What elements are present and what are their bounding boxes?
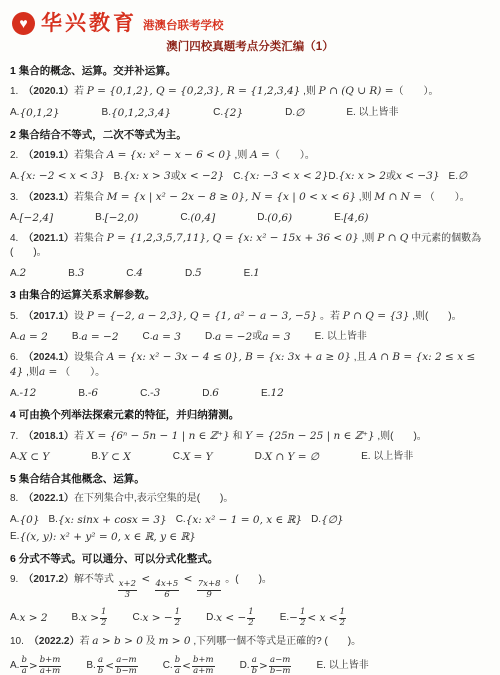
text-segment: C. xyxy=(173,450,183,464)
fraction: 4x+56 xyxy=(155,580,180,601)
fraction-denominator: 2 xyxy=(174,619,181,629)
text-segment: A = {x: x² − x − 6 < 0} xyxy=(107,149,232,161)
option-item: C. -3 xyxy=(140,386,160,400)
text-segment: ,则( )。 xyxy=(375,431,427,442)
text-segment: 或 xyxy=(171,170,181,184)
text-segment: {x: −3 < x < 2} xyxy=(243,169,328,183)
text-segment: x < −2} xyxy=(181,169,225,183)
option-item: B. ab < a−mb−m xyxy=(86,656,138,675)
text-segment: 若集合 xyxy=(74,233,107,244)
section-heading-6: 6 分式不等式。可以通分、可以分式化整式。 xyxy=(10,552,490,566)
text-segment: A. xyxy=(10,211,19,225)
option-item: E. 以上皆非 xyxy=(361,450,413,464)
fraction: 12 xyxy=(339,608,346,629)
text-segment: X ∩ Y = ∅ xyxy=(265,450,320,464)
fraction-denominator: 9 xyxy=(205,591,212,601)
text-segment: 若集合 xyxy=(74,150,107,161)
text-segment: 9. xyxy=(10,574,28,585)
fraction-numerator: a xyxy=(97,656,104,667)
text-segment: B. xyxy=(78,387,87,401)
text-segment: ,则 xyxy=(359,233,377,244)
options-row: A. {x: −2 < x < 3}B. {x: x > 3 或 x < −2}… xyxy=(10,169,490,183)
question-stem: 3. （2023.1）若集合 M = {x | x² − 2x − 8 ≥ 0}… xyxy=(10,190,490,205)
fraction-denominator: a xyxy=(21,667,28,675)
text-segment: 及 xyxy=(143,636,159,647)
text-segment: 若 xyxy=(80,636,93,647)
text-segment: C. xyxy=(163,659,173,673)
text-segment: （2019.1） xyxy=(28,150,74,161)
option-item: B. 3 xyxy=(68,266,84,280)
fraction-numerator: a−m xyxy=(115,656,137,667)
option-item: E. 12 xyxy=(261,386,284,400)
text-segment: {(x, y): x² + y² = 0, x ∈ ℝ, y ∈ ℝ} xyxy=(19,530,195,544)
text-segment: D. xyxy=(185,267,195,281)
text-segment: M = {x | x² − 2x − 8 ≥ 0}, N = {x | 0 < … xyxy=(107,191,356,203)
text-segment: 2. xyxy=(10,150,28,161)
fraction: b+ma+m xyxy=(39,656,62,675)
text-segment: {x: x² − 1 = 0, x ∈ ℝ} xyxy=(186,513,302,527)
text-segment: 2 xyxy=(19,266,26,280)
option-item: A. a = 2 xyxy=(10,330,48,344)
text-segment: {0} xyxy=(19,513,39,527)
text-segment: 1 xyxy=(253,266,260,280)
text-segment: {x: x > 2 xyxy=(338,169,386,183)
fraction-numerator: 1 xyxy=(174,608,181,619)
text-segment: < xyxy=(105,659,114,673)
text-segment: A. xyxy=(10,330,19,344)
text-segment: ,下列哪一個不等式是正確的? ( )。 xyxy=(191,636,362,647)
fraction-numerator: b+m xyxy=(192,656,215,667)
option-item: E. 以上皆非 xyxy=(316,659,368,673)
text-segment: B. xyxy=(95,211,104,225)
text-segment: < xyxy=(180,573,195,585)
text-segment: （2017.1） xyxy=(28,311,74,322)
text-segment: [−2,4] xyxy=(19,211,53,225)
text-segment: X = Y xyxy=(183,450,213,464)
fraction: ab xyxy=(251,656,258,675)
option-item: D. x < −12 xyxy=(206,608,256,629)
text-segment: E. xyxy=(244,267,253,281)
text-segment: （2024.1） xyxy=(28,352,74,363)
text-segment: （ ）。 xyxy=(57,367,105,378)
text-segment: ,则 xyxy=(232,150,250,161)
fraction-denominator: 2 xyxy=(339,619,346,629)
fraction-numerator: 1 xyxy=(339,608,346,619)
option-item: D. ab > a−mb−m xyxy=(240,656,293,675)
text-segment: B. xyxy=(86,659,95,673)
option-item: E. [4,6) xyxy=(334,211,368,225)
text-segment: P = {−2, a − 2,3}, Q = {1, a² − a − 3, −… xyxy=(87,310,317,322)
fraction-denominator: b−m xyxy=(115,667,138,675)
text-segment: > xyxy=(29,659,38,673)
options-row: A. {0}B. {x: sinx + cosx = 3}C. {x: x² −… xyxy=(10,513,490,544)
text-segment: E. xyxy=(334,211,343,225)
text-segment: D. xyxy=(205,330,215,344)
text-segment: ∅ xyxy=(458,169,467,183)
text-segment: B. xyxy=(72,611,81,625)
text-segment: （2020.1） xyxy=(28,86,74,97)
text-segment: 设集合 xyxy=(74,352,107,363)
text-segment: a = 3 xyxy=(153,330,181,344)
text-segment: x > xyxy=(81,611,99,625)
text-segment: < xyxy=(138,573,153,585)
text-segment: P ∩ Q = {3} xyxy=(343,310,410,322)
text-segment: 或 xyxy=(386,170,396,184)
text-segment: {x: x > 3 xyxy=(123,169,171,183)
fraction: ba xyxy=(174,656,181,675)
text-segment: A. xyxy=(10,513,19,527)
text-segment: A. xyxy=(10,106,19,120)
text-segment: 3 xyxy=(78,266,85,280)
fraction-denominator: b−m xyxy=(269,667,292,675)
text-segment: D. xyxy=(311,513,321,527)
text-segment: Y ⊂ X xyxy=(101,450,131,464)
section-heading-4: 4 可由换个列举法探索元素的特征，并归纳猜测。 xyxy=(10,408,490,422)
text-segment: 10. xyxy=(10,636,34,647)
fraction-denominator: a xyxy=(174,667,181,675)
text-segment: Y = {25n − 25 | n ∈ ℤ⁺} xyxy=(245,430,374,442)
option-item: E. ∅ xyxy=(449,169,468,183)
text-segment: C. xyxy=(132,611,142,625)
option-item: C. (0,4] xyxy=(180,211,215,225)
text-segment: a = 2 xyxy=(19,330,47,344)
text-segment: （2022.1） xyxy=(28,493,74,504)
text-segment: C. xyxy=(140,387,150,401)
text-segment: [4,6) xyxy=(344,211,369,225)
options-row: A. X ⊂ YB. Y ⊂ XC. X = YD. X ∩ Y = ∅E. 以… xyxy=(10,450,490,464)
text-segment: B. xyxy=(102,106,111,120)
option-item: A. X ⊂ Y xyxy=(10,450,49,464)
text-segment: ,且 xyxy=(351,352,369,363)
text-segment: 解不等式 xyxy=(74,574,117,585)
text-segment: A = xyxy=(250,149,270,161)
text-segment: a = 3 xyxy=(262,330,290,344)
text-segment: 5 xyxy=(195,266,202,280)
text-segment: {x: sinx + cosx = 3} xyxy=(58,513,167,527)
text-segment: C. xyxy=(213,106,223,120)
text-segment: < x < xyxy=(307,611,337,625)
text-segment: D. xyxy=(206,611,216,625)
text-segment: B. xyxy=(114,170,123,184)
text-segment: > xyxy=(259,659,268,673)
option-item: D. {∅} xyxy=(311,513,344,527)
text-segment: 6 xyxy=(212,386,219,400)
text-segment: [−2,0) xyxy=(105,211,139,225)
option-item: B. {x: x > 3 或 x < −2} xyxy=(114,169,225,183)
text-segment: （ ）。 xyxy=(270,150,315,161)
fraction-denominator: 6 xyxy=(163,591,170,601)
option-item: D.(0,6) xyxy=(257,211,292,225)
question-stem: 2. （2019.1）若集合 A = {x: x² − x − 6 < 0} ,… xyxy=(10,148,490,163)
header: ♥ 华兴教育 港澳台联考学校 xyxy=(12,9,490,37)
text-segment: （ ）。 xyxy=(394,86,439,97)
text-segment: （2021.1） xyxy=(28,233,74,244)
option-item: B. {x: sinx + cosx = 3} xyxy=(49,513,167,527)
question-list: 1 集合的概念、运算。交并补运算。1. （2020.1）若 P = {0,1,2… xyxy=(10,64,490,675)
text-segment: 8. xyxy=(10,493,28,504)
text-segment: -6 xyxy=(88,386,98,400)
text-segment: ,则 xyxy=(300,86,318,97)
text-segment: a = −2 xyxy=(215,330,252,344)
text-segment: ∅ xyxy=(295,106,304,120)
text-segment: B. xyxy=(72,330,81,344)
text-segment: （2018.1） xyxy=(28,431,74,442)
text-segment: 在下列集合中,表示空集的是( )。 xyxy=(74,493,233,504)
option-item: A. {x: −2 < x < 3} xyxy=(10,169,105,183)
text-segment: a = xyxy=(39,366,57,378)
fraction: 12 xyxy=(299,608,306,629)
option-item: D. a = −2 或 a = 3 xyxy=(205,330,291,344)
text-segment: 或 xyxy=(252,330,262,344)
section-heading-2: 2 集合结合不等式，二次不等式为主。 xyxy=(10,128,490,142)
text-segment: D. xyxy=(257,211,267,225)
text-segment: E. 以上皆非 xyxy=(346,106,398,120)
text-segment: 。( )。 xyxy=(222,574,271,585)
text-segment: m > 0 xyxy=(158,635,190,647)
section-heading-5: 5 集合结合其他概念、运算。 xyxy=(10,472,490,486)
fraction: 7x+89 xyxy=(197,580,222,601)
option-item: D. X ∩ Y = ∅ xyxy=(255,450,320,464)
text-segment: x > 2 xyxy=(19,611,47,625)
question-stem: 10. （2022.2）若 a > b > 0 及 m > 0 ,下列哪一個不等… xyxy=(10,634,490,649)
text-segment: 7. xyxy=(10,431,28,442)
text-segment: x < −3} xyxy=(396,169,440,183)
text-segment: 5. xyxy=(10,311,28,322)
text-segment: A. xyxy=(10,611,19,625)
text-segment: ,则( )。 xyxy=(409,311,461,322)
text-segment: (0,6) xyxy=(267,211,292,225)
fraction: 12 xyxy=(100,608,107,629)
option-item: A. 2 xyxy=(10,266,26,280)
fraction: x+23 xyxy=(118,580,137,601)
text-segment: E. 以上皆非 xyxy=(316,659,368,673)
text-segment: D. xyxy=(255,450,265,464)
text-segment: D. xyxy=(285,106,295,120)
option-item: D. 5 xyxy=(185,266,202,280)
fraction-numerator: a xyxy=(251,656,258,667)
option-item: A. x > 2 xyxy=(10,611,48,625)
text-segment: C. xyxy=(176,513,186,527)
option-item: B. [−2,0) xyxy=(95,211,138,225)
fraction-denominator: 3 xyxy=(124,591,131,601)
document-page: ♥ 华兴教育 港澳台联考学校 澳门四校真题考点分类汇编（1） 1 集合的概念、运… xyxy=(0,0,500,675)
option-item: E. 以上皆非 xyxy=(315,330,367,344)
options-row: A. [−2,4]B. [−2,0)C. (0,4]D.(0,6)E. [4,6… xyxy=(10,211,490,225)
option-item: D. ∅ xyxy=(285,106,304,120)
text-segment: a = −2 xyxy=(81,330,118,344)
text-segment: B. xyxy=(91,450,100,464)
text-segment: 若 xyxy=(74,86,87,97)
question-stem: 5. （2017.1）设 P = {−2, a − 2,3}, Q = {1, … xyxy=(10,309,490,324)
text-segment: 。若 xyxy=(317,311,343,322)
text-segment: （ ）。 xyxy=(422,192,470,203)
options-row: A. a = 2B. a = −2C. a = 3D. a = −2 或 a =… xyxy=(10,330,490,344)
brand-subtitle: 港澳台联考学校 xyxy=(143,19,224,35)
heart-icon: ♥ xyxy=(12,12,35,35)
text-segment: < xyxy=(182,659,191,673)
text-segment: 3. xyxy=(10,192,28,203)
fraction-numerator: 1 xyxy=(100,608,107,619)
text-segment: E. 以上皆非 xyxy=(361,450,413,464)
text-segment: − xyxy=(289,611,298,625)
option-item: E. 以上皆非 xyxy=(346,106,398,120)
text-segment: {2} xyxy=(223,106,243,120)
option-item: B. Y ⊂ X xyxy=(91,450,130,464)
fraction: a−mb−m xyxy=(269,656,292,675)
text-segment: E. xyxy=(280,611,289,625)
text-segment: C. xyxy=(233,170,243,184)
text-segment: C. xyxy=(126,267,136,281)
text-segment: ,则 xyxy=(356,192,374,203)
text-segment: -12 xyxy=(19,386,36,400)
text-segment: P ∩ (Q ∪ R) = xyxy=(319,85,394,97)
section-heading-1: 1 集合的概念、运算。交并补运算。 xyxy=(10,64,490,78)
fraction-numerator: 1 xyxy=(247,608,254,619)
fraction-denominator: 2 xyxy=(100,619,107,629)
section-heading-3: 3 由集合的运算关系求解参数。 xyxy=(10,288,490,302)
text-segment: D. xyxy=(328,170,338,184)
option-item: B. a = −2 xyxy=(72,330,119,344)
text-segment: -3 xyxy=(150,386,160,400)
options-row: A. -12B. -6C. -3D. 6E. 12 xyxy=(10,386,490,400)
option-item: C. X = Y xyxy=(173,450,213,464)
question-stem: 9. （2017.2）解不等式 x+23 < 4x+56 < 7x+89 。( … xyxy=(10,572,490,600)
text-segment: P = {0,1,2}, Q = {0,2,3}, R = {1,2,3,4} xyxy=(87,85,301,97)
option-item: D. 6 xyxy=(202,386,219,400)
option-item: A. {0} xyxy=(10,513,40,527)
fraction: a−mb−m xyxy=(115,656,138,675)
option-item: B. {0,1,2,3,4} xyxy=(102,106,172,120)
option-item: E. −12 < x < 12 xyxy=(280,608,347,629)
text-segment: {0,1,2,3,4} xyxy=(111,106,171,120)
text-segment: 1. xyxy=(10,86,28,97)
document-title: 澳门四校真题考点分类汇编（1） xyxy=(10,40,490,56)
fraction-numerator: b xyxy=(174,656,181,667)
text-segment: 和 xyxy=(230,431,246,442)
text-segment: 若 xyxy=(74,431,87,442)
text-segment: x < − xyxy=(216,611,246,625)
question-stem: 6. （2024.1）设集合 A = {x: x² − 3x − 4 ≤ 0},… xyxy=(10,350,490,379)
text-segment: {x: −2 < x < 3} xyxy=(19,169,104,183)
option-item: C. {2} xyxy=(213,106,243,120)
text-segment: X = {6ⁿ − 5n − 1 | n ∈ ℤ⁺} xyxy=(87,430,230,442)
question-stem: 8. （2022.1）在下列集合中,表示空集的是( )。 xyxy=(10,492,490,506)
text-segment: 设 xyxy=(74,311,87,322)
options-row: A. 2B. 3C. 4D. 5E. 1 xyxy=(10,266,490,280)
text-segment: E. 以上皆非 xyxy=(315,330,367,344)
text-segment: x > − xyxy=(142,611,172,625)
fraction: ba xyxy=(20,656,27,675)
option-item: A. ba > b+ma+m xyxy=(10,656,62,675)
question-stem: 7. （2018.1）若 X = {6ⁿ − 5n − 1 | n ∈ ℤ⁺} … xyxy=(10,429,490,444)
fraction-numerator: a−m xyxy=(269,656,291,667)
option-item: A. -12 xyxy=(10,386,36,400)
text-segment: E. xyxy=(10,530,19,544)
text-segment: B. xyxy=(68,267,77,281)
text-segment: a > b > 0 xyxy=(92,635,143,647)
fraction-denominator: b xyxy=(97,667,104,675)
text-segment: 12 xyxy=(270,386,283,400)
text-segment: （2022.2） xyxy=(34,636,80,647)
text-segment: （2023.1） xyxy=(28,192,74,203)
text-segment: （2017.2） xyxy=(28,574,74,585)
fraction-numerator: b+m xyxy=(39,656,62,667)
text-segment: E. xyxy=(261,387,270,401)
text-segment: C. xyxy=(180,211,190,225)
option-item: A. [−2,4] xyxy=(10,211,53,225)
text-segment: ,则 xyxy=(23,367,39,378)
option-item: C. a = 3 xyxy=(143,330,181,344)
text-segment: 4 xyxy=(136,266,143,280)
options-row: A. x > 2B. x > 12C. x > −12D. x < −12E. … xyxy=(10,608,490,629)
option-item: E. {(x, y): x² + y² = 0, x ∈ ℝ, y ∈ ℝ} xyxy=(10,530,196,544)
text-segment: A. xyxy=(10,387,19,401)
option-item: C. {x: −3 < x < 2}D. {x: x > 2 或 x < −3} xyxy=(233,169,439,183)
fraction-numerator: b xyxy=(20,656,27,667)
text-segment: (0,4] xyxy=(190,211,215,225)
option-item: B. x > 12 xyxy=(72,608,109,629)
fraction-numerator: 1 xyxy=(299,608,306,619)
fraction-denominator: 2 xyxy=(299,619,306,629)
fraction: 12 xyxy=(174,608,181,629)
fraction: 12 xyxy=(247,608,254,629)
text-segment: B. xyxy=(49,513,58,527)
brand-name: 华兴教育 xyxy=(41,9,137,37)
fraction-denominator: a+m xyxy=(192,667,214,675)
text-segment: D. xyxy=(240,659,250,673)
text-segment: C. xyxy=(143,330,153,344)
text-segment: A. xyxy=(10,170,19,184)
text-segment: 4. xyxy=(10,233,28,244)
fraction-denominator: a+m xyxy=(39,667,61,675)
text-segment: E. xyxy=(449,170,458,184)
option-item: C. 4 xyxy=(126,266,143,280)
text-segment: M ∩ N = xyxy=(374,191,422,203)
text-segment: P ∩ Q xyxy=(377,232,408,244)
text-segment: X ⊂ Y xyxy=(19,450,49,464)
text-segment: A. xyxy=(10,659,19,673)
fraction-denominator: 2 xyxy=(247,619,254,629)
options-row: A. {0,1,2}B. {0,1,2,3,4}C. {2}D. ∅E. 以上皆… xyxy=(10,106,490,120)
option-item: A. {0,1,2} xyxy=(10,106,60,120)
question-stem: 4. （2021.1）若集合 P = {1,2,3,5,7,11}, Q = {… xyxy=(10,231,490,259)
text-segment: 6. xyxy=(10,352,28,363)
text-segment: A = {x: x² − 3x − 4 ≤ 0}, B = {x: 3x + a… xyxy=(107,351,351,363)
text-segment: P = {1,2,3,5,7,11}, Q = {x: x² − 15x + 3… xyxy=(107,232,359,244)
fraction: b+ma+m xyxy=(192,656,215,675)
text-segment: D. xyxy=(202,387,212,401)
fraction: ab xyxy=(97,656,104,675)
option-item: C. ba < b+ma+m xyxy=(163,656,216,675)
options-row: A. ba > b+ma+mB. ab < a−mb−mC. ba < b+ma… xyxy=(10,656,490,675)
option-item: C. {x: x² − 1 = 0, x ∈ ℝ} xyxy=(176,513,302,527)
option-item: B. -6 xyxy=(78,386,98,400)
question-stem: 1. （2020.1）若 P = {0,1,2}, Q = {0,2,3}, R… xyxy=(10,84,490,99)
option-item: C. x > −12 xyxy=(132,608,182,629)
text-segment: 若集合 xyxy=(74,192,107,203)
option-item: E. 1 xyxy=(244,266,260,280)
text-segment: {∅} xyxy=(321,513,344,527)
fraction-denominator: b xyxy=(251,667,258,675)
text-segment: {0,1,2} xyxy=(19,106,59,120)
